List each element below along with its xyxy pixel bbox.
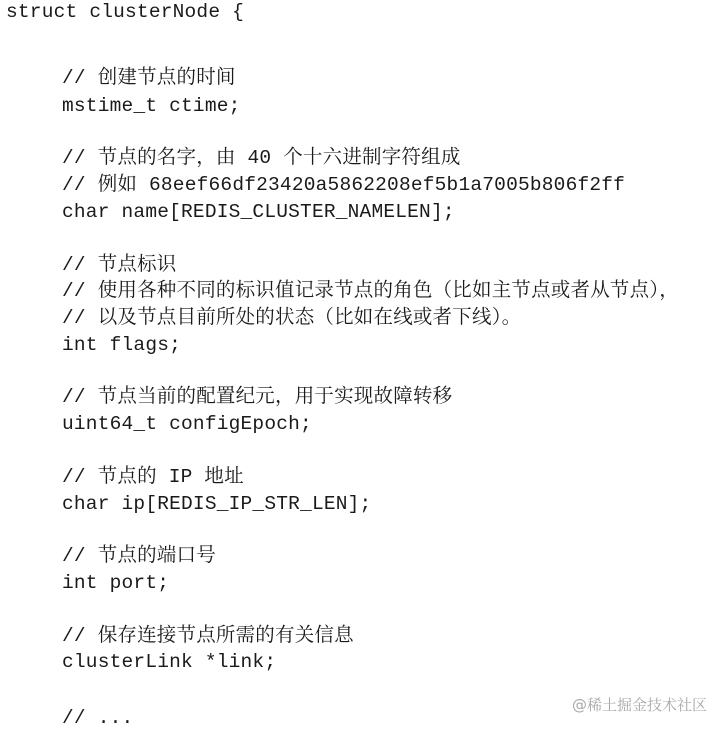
comment-flags-state: // 以及节点目前所处的状态（比如在线或者下线）。 [62, 306, 521, 330]
comment-ellipsis: // ... [62, 706, 133, 730]
field-ip: char ip[REDIS_IP_STR_LEN]; [62, 492, 371, 516]
field-port: int port; [62, 571, 169, 595]
field-ctime: mstime_t ctime; [62, 94, 241, 118]
comment-flags-role: // 使用各种不同的标识值记录节点的角色（比如主节点或者从节点）， [62, 279, 679, 303]
comment-name: // 节点的名字，由 40 个十六进制字符组成 [62, 146, 461, 170]
field-flags: int flags; [62, 333, 181, 357]
comment-link: // 保存连接节点所需的有关信息 [62, 624, 354, 648]
comment-port: // 节点的端口号 [62, 544, 216, 568]
comment-ctime: // 创建节点的时间 [62, 66, 236, 90]
field-link: clusterLink *link; [62, 650, 276, 674]
comment-flags: // 节点标识 [62, 253, 177, 277]
struct-declaration: struct clusterNode { [6, 0, 244, 24]
comment-config-epoch: // 节点当前的配置纪元，用于实现故障转移 [62, 385, 452, 409]
watermark: @稀土掘金技术社区 [572, 694, 707, 715]
comment-name-example: // 例如 68eef66df23420a5862208ef5b1a7005b8… [62, 173, 625, 197]
field-name: char name[REDIS_CLUSTER_NAMELEN]; [62, 200, 455, 224]
field-config-epoch: uint64_t configEpoch; [62, 412, 312, 436]
comment-ip: // 节点的 IP 地址 [62, 465, 244, 489]
